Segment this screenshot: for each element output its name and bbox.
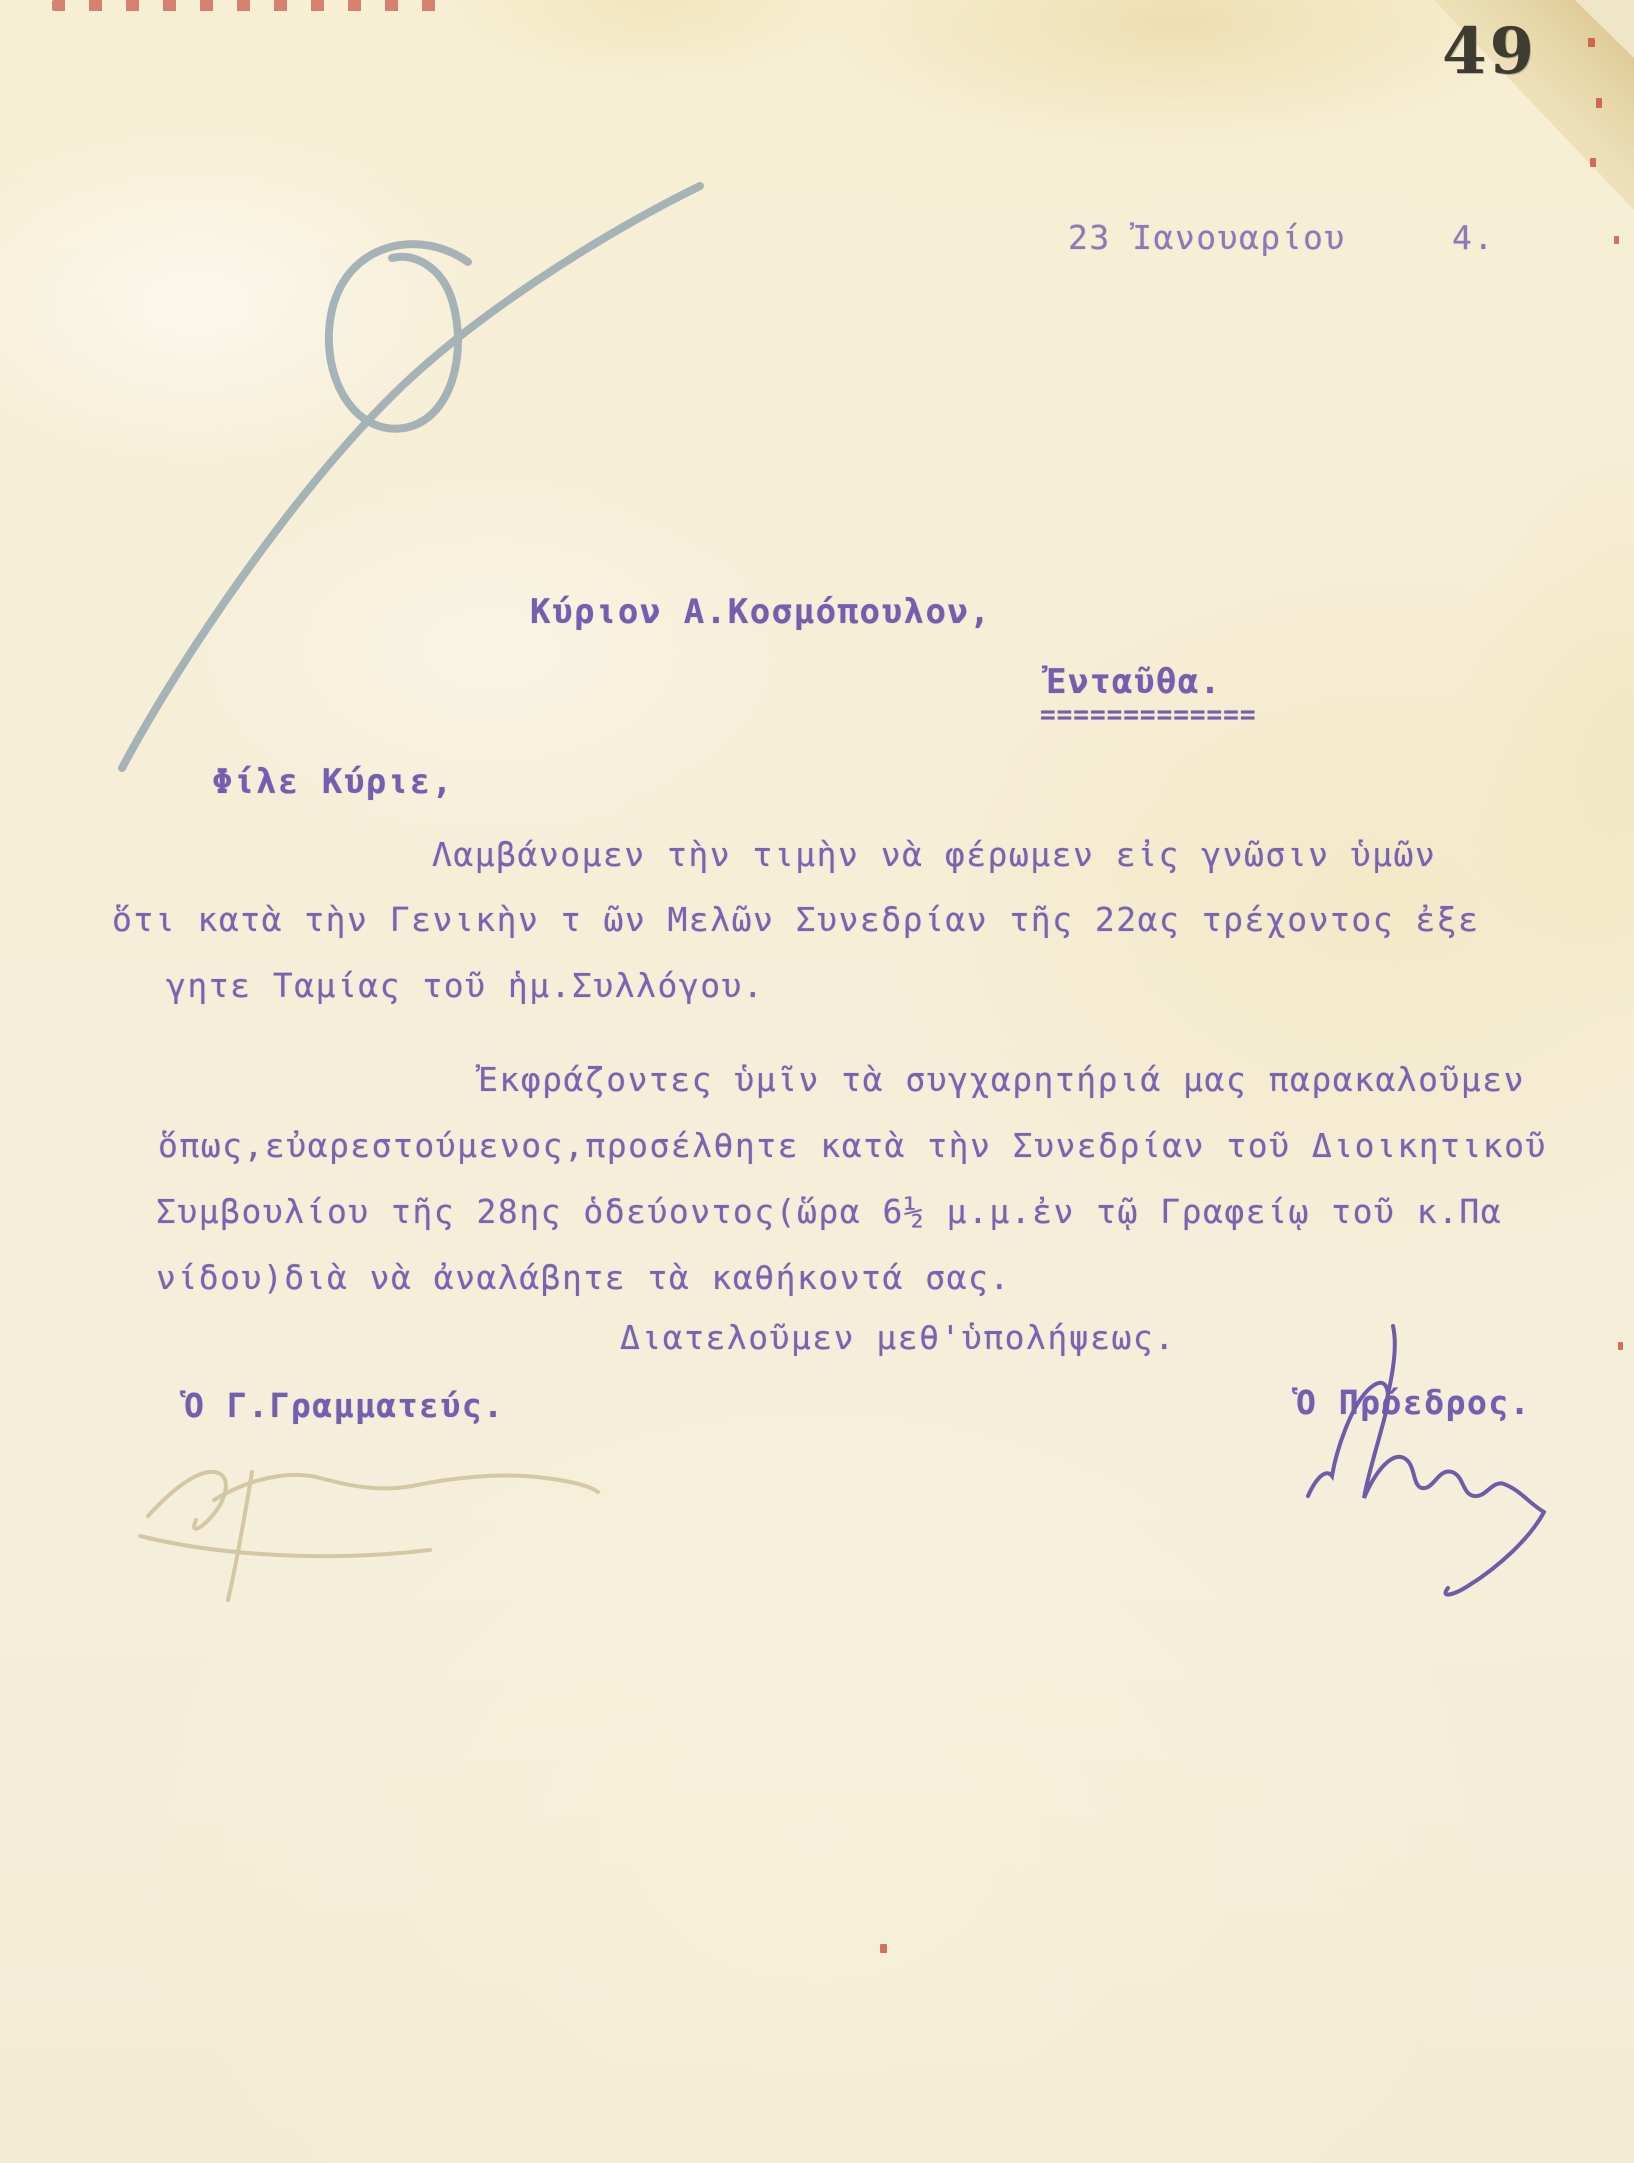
location-line: Ἐνταῦθα. (1046, 662, 1222, 702)
addressee-line: Κύριον Α.Κοσμόπουλον, (530, 592, 991, 632)
president-signature (1308, 1326, 1544, 1595)
closing-line: Διατελοῦμεν μεθ'ὑπολήψεως. (620, 1318, 1176, 1357)
red-speck (1590, 158, 1596, 167)
salutation: Φίλε Κύριε, (212, 762, 454, 802)
date: 23 Ἰανουαρίου (1068, 218, 1346, 257)
body-line: Ἐκφράζοντες ὑμῖν τὰ συγχαρητήριά μας παρ… (478, 1060, 1525, 1099)
body-line: Συμβουλίου τῆς 28ης ὁδεύοντος(ὥρα 6½ μ.μ… (156, 1192, 1502, 1231)
body-line: ὅτι κατὰ τὴν Γενικὴν τ ῶν Μελῶν Συνεδρία… (112, 900, 1480, 939)
red-speck (1618, 1342, 1623, 1350)
location-underline: ============= (1040, 700, 1257, 730)
pencil-flourish (122, 186, 700, 768)
body-line: νίδου)διὰ νὰ ἀναλάβητε τὰ καθήκοντά σας. (156, 1258, 1011, 1297)
red-speck (1596, 98, 1602, 108)
scanned-letter-page: 49 23 Ἰανουαρίου 4. Κύριον Α.Κοσμόπουλον… (0, 0, 1634, 2163)
body-line: Λαμβάνομεν τὴν τιμὴν νὰ φέρωμεν εἰς γνῶσ… (432, 835, 1436, 874)
red-speck (880, 1944, 887, 1953)
date-year: 4. (1452, 218, 1495, 257)
secretary-signature (140, 1472, 598, 1600)
body-line: γητε Ταμίας τοῦ ἡμ.Συλλόγου. (166, 966, 764, 1005)
red-speck (1614, 236, 1619, 244)
secretary-title: Ὁ Γ.Γραμματεύς. (184, 1386, 505, 1425)
president-title: Ὁ Πρόεδρος. (1296, 1383, 1531, 1422)
body-line: ὅπως,εὐαρεστούμενος,προσέλθητε κατὰ τὴν … (158, 1126, 1547, 1165)
red-speck (1588, 38, 1595, 47)
page-number-stamp: 49 (1442, 14, 1537, 89)
stitch-marks (52, 0, 444, 11)
